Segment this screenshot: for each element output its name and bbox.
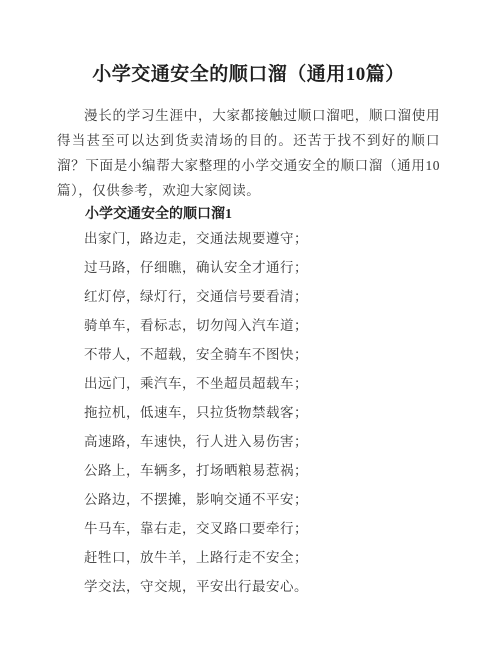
poem-line: 赶牲口，放牛羊，上路行走不安全； xyxy=(57,546,440,570)
poem-line: 出家门，路边走，交通法规要遵守； xyxy=(57,227,440,251)
poem-line: 公路上，车辆多，打场晒粮易惹祸； xyxy=(57,459,440,483)
poem-line: 红灯停，绿灯行，交通信号要看清； xyxy=(57,285,440,309)
poem-line: 公路边，不摆摊，影响交通不平安； xyxy=(57,488,440,512)
section-heading: 小学交通安全的顺口溜1 xyxy=(57,203,440,227)
poem-line: 高速路，车速快，行人进入易伤害； xyxy=(57,430,440,454)
poem-line: 牛马车，靠右走，交叉路口要牵行； xyxy=(57,517,440,541)
poem-line: 学交法，守交规，平安出行最安心。 xyxy=(57,575,440,599)
poem-line: 骑单车，看标志，切勿闯入汽车道； xyxy=(57,314,440,338)
poem-lines: 出家门，路边走，交通法规要遵守；过马路，仔细瞧，确认安全才通行；红灯停，绿灯行，… xyxy=(57,227,440,599)
poem-line: 出远门，乘汽车，不坐超员超载车； xyxy=(57,372,440,396)
intro-paragraph: 漫长的学习生涯中，大家都接触过顺口溜吧，顺口溜使用得当甚至可以达到货卖清场的目的… xyxy=(57,103,440,203)
poem-line: 不带人，不超载，安全骑车不图快； xyxy=(57,343,440,367)
poem-line: 拖拉机，低速车，只拉货物禁载客； xyxy=(57,401,440,425)
document-page: 小学交通安全的顺口溜（通用10篇） 漫长的学习生涯中，大家都接触过顺口溜吧，顺口… xyxy=(0,0,500,647)
document-title: 小学交通安全的顺口溜（通用10篇） xyxy=(57,60,440,90)
poem-line: 过马路，仔细瞧，确认安全才通行； xyxy=(57,256,440,280)
